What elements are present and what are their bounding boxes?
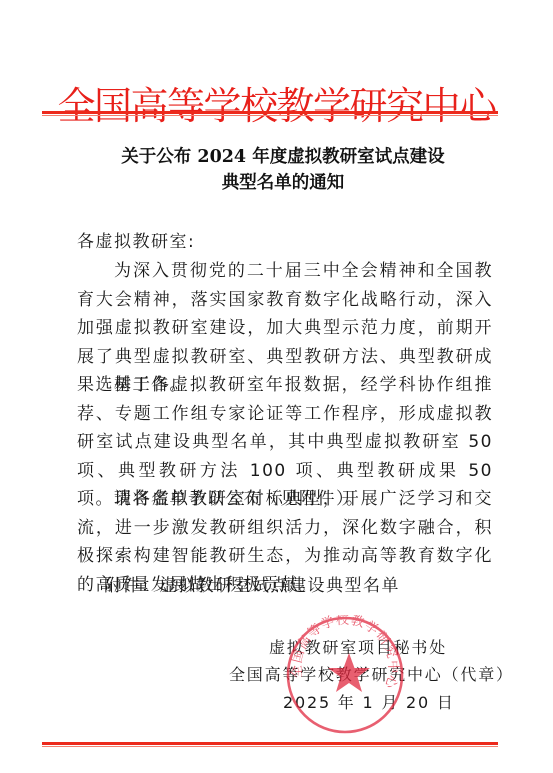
notice-title-line2: 典型名单的通知 (0, 172, 553, 194)
attachment-note: 附件：虚拟教研室试点建设典型名单 (104, 572, 400, 601)
organization-letterhead: 全国高等学校教学研究中心 (0, 83, 553, 129)
salutation: 各虚拟教研室: (77, 228, 493, 257)
letterhead-top-rule (42, 111, 498, 114)
notice-title-line1: 关于公布 2024 年度虚拟教研室试点建设 (0, 146, 553, 168)
footer-rule (42, 742, 498, 745)
signature-date: 2025 年 1 月 20 日 (283, 690, 455, 716)
signature-secretariat: 虚拟教研室项目秘书处 (269, 635, 447, 661)
signature-organization: 全国高等学校教学研究中心（代章） (229, 662, 514, 688)
